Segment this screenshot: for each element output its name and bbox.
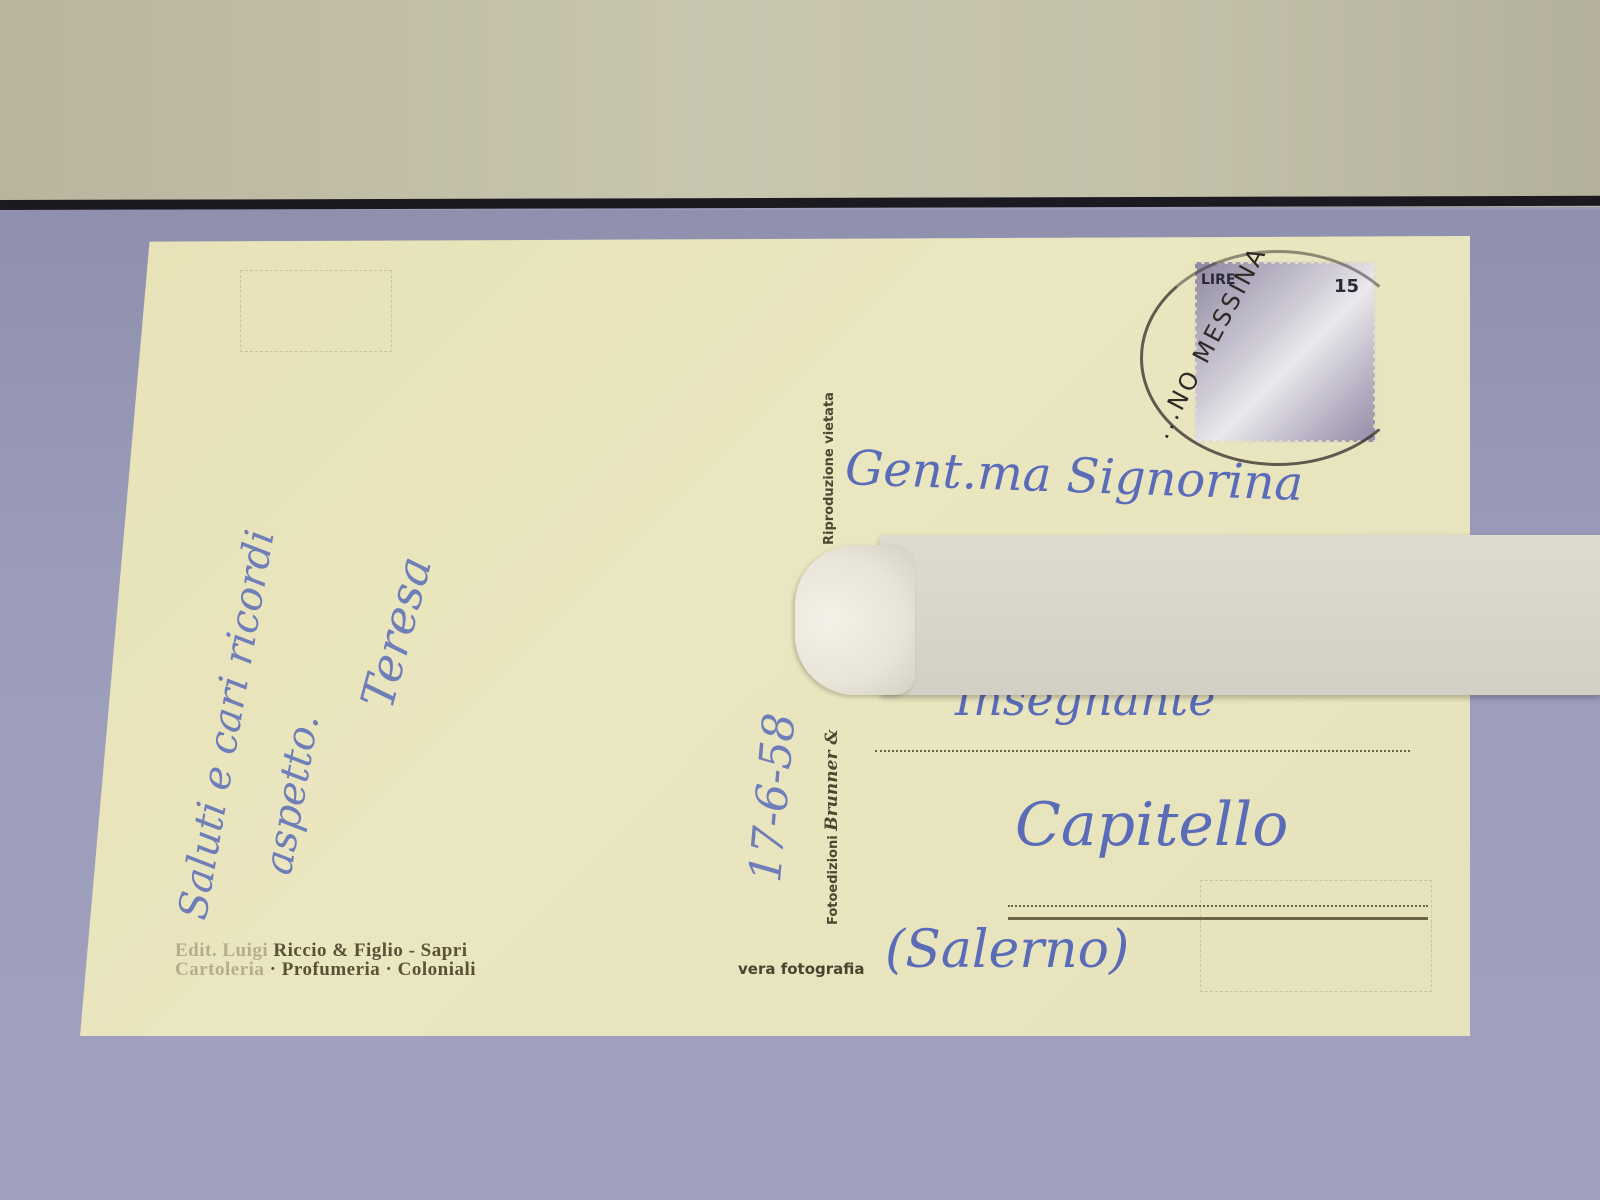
- reproduction-notice: Riproduzione vietata: [822, 392, 837, 545]
- clip-head: [795, 545, 915, 695]
- clip-bar: [880, 535, 1600, 695]
- address-line4: (Salerno): [885, 920, 1129, 980]
- publisher-line2: Cartoleria · Profumeria · Coloniali: [175, 959, 476, 981]
- postmark-circle: [1140, 250, 1416, 466]
- address-line3: Capitello: [1015, 790, 1288, 860]
- background-wall: [0, 0, 1600, 207]
- ghost-imprint-mark: [240, 270, 392, 352]
- ghost-imprint-mark: [1200, 880, 1432, 992]
- address-rule-line: [875, 750, 1410, 752]
- publisher-line2-text: · Profumeria · Coloniali: [270, 959, 476, 980]
- address-rule-line-solid: [1008, 917, 1428, 920]
- publisher-line1-text: Riccio & Figlio - Sapri: [273, 940, 467, 961]
- publisher-line2-faded: Cartoleria: [175, 959, 264, 980]
- address-rule-line: [1008, 905, 1428, 907]
- publisher-imprint-vertical: Fotoedizioni Brunner &: [822, 729, 842, 925]
- imprint-name: Brunner &: [822, 729, 842, 830]
- vera-fotografia-label: vera fotografia: [738, 960, 865, 978]
- publisher-line1-faded: Edit. Luigi: [175, 940, 268, 961]
- imprint-prefix: Fotoedizioni: [826, 835, 841, 925]
